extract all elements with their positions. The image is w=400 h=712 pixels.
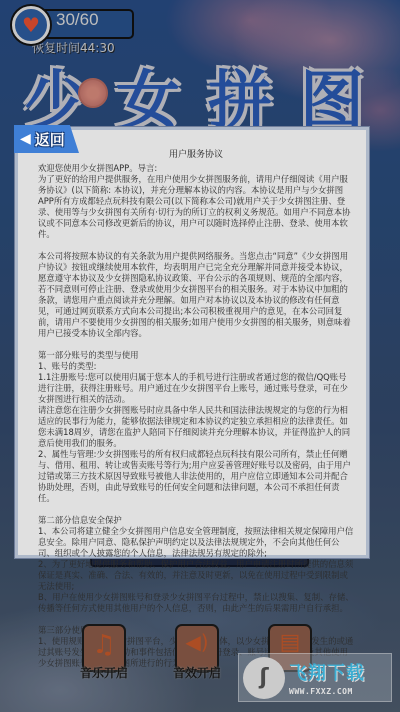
- intro-line: 欢迎您使用少女拼图APP。导言:: [38, 163, 354, 174]
- section-line: 2、属性与管理:少女拼图账号的所有权归成都轻点玩科技有限公司所有，禁止任何赠与、…: [38, 449, 354, 504]
- title-char: 图: [300, 70, 364, 134]
- flower-icon: [78, 78, 108, 108]
- title-char: 少: [24, 70, 88, 134]
- watermark-name: 飞翔下载: [289, 659, 365, 685]
- agreement-title: 用户服务协议: [38, 150, 354, 161]
- title-char: 女: [116, 70, 180, 134]
- music-toggle-label: 音乐开启: [74, 664, 134, 681]
- energy-value: 30/60: [56, 10, 99, 30]
- back-label: 返回: [35, 129, 65, 150]
- agreement-dialog: 用户服务协议 欢迎您使用少女拼图APP。导言: 为了更好的给用户提供服务，在用户…: [15, 127, 369, 558]
- section-line: 请注意您在注册少女拼图账号时应具备中华人民共和国法律法规规定的与您的行为相适应的…: [38, 405, 354, 449]
- section-line: 2、为了更好地提供服务和帮助、保护用户合法权益，用户申请注册时所提供的信息须保证…: [38, 559, 354, 592]
- back-button[interactable]: ◀ 返回: [14, 125, 79, 153]
- agreement-text[interactable]: 用户服务协议 欢迎您使用少女拼图APP。导言: 为了更好的给用户提供服务，在用户…: [38, 150, 354, 680]
- section-line: B、用户在使用少女拼图账号和登录少女拼图平台过程中，禁止以搜集、复制、存储、传播…: [38, 592, 354, 614]
- watermark-overlay: ʃ 飞翔下载 WWW.FXXZ.COM: [238, 653, 392, 702]
- title-char: 拼: [208, 70, 272, 134]
- watermark-logo-icon: ʃ: [243, 657, 285, 699]
- sound-effects-toggle-label: 音效开启: [167, 664, 227, 681]
- paragraph: 本公司将按照本协议的有关条款为用户提供网络服务。当您点击“同意”《少女拼图用户协…: [38, 251, 354, 339]
- intro-paragraph: 为了更好的给用户提供服务，在用户使用少女拼图服务前，请用户仔细阅读《用户服务协议…: [38, 174, 354, 240]
- watermark-url: WWW.FXXZ.COM: [289, 687, 365, 696]
- recover-timer: 恢复时间44:30: [32, 39, 115, 56]
- chevron-left-icon: ◀: [20, 131, 31, 147]
- section-heading: 第一部分账号的类型与使用: [38, 350, 354, 361]
- section-line: 1、账号的类型:: [38, 361, 354, 372]
- section-line: 1、本公司将建立健全少女拼图用户信息安全管理制度，按照法律相关规定保障用户信息安…: [38, 526, 354, 559]
- section-line: 1.1注册账号:您可以使用归属于您本人的手机号进行注册或者通过您的微信/QQ账号…: [38, 372, 354, 405]
- heart-icon: ♥: [22, 15, 40, 35]
- section-heading: 第二部分信息安全保护: [38, 515, 354, 526]
- energy-counter: ♥ 30/60: [12, 6, 120, 36]
- heart-badge: ♥: [12, 6, 50, 44]
